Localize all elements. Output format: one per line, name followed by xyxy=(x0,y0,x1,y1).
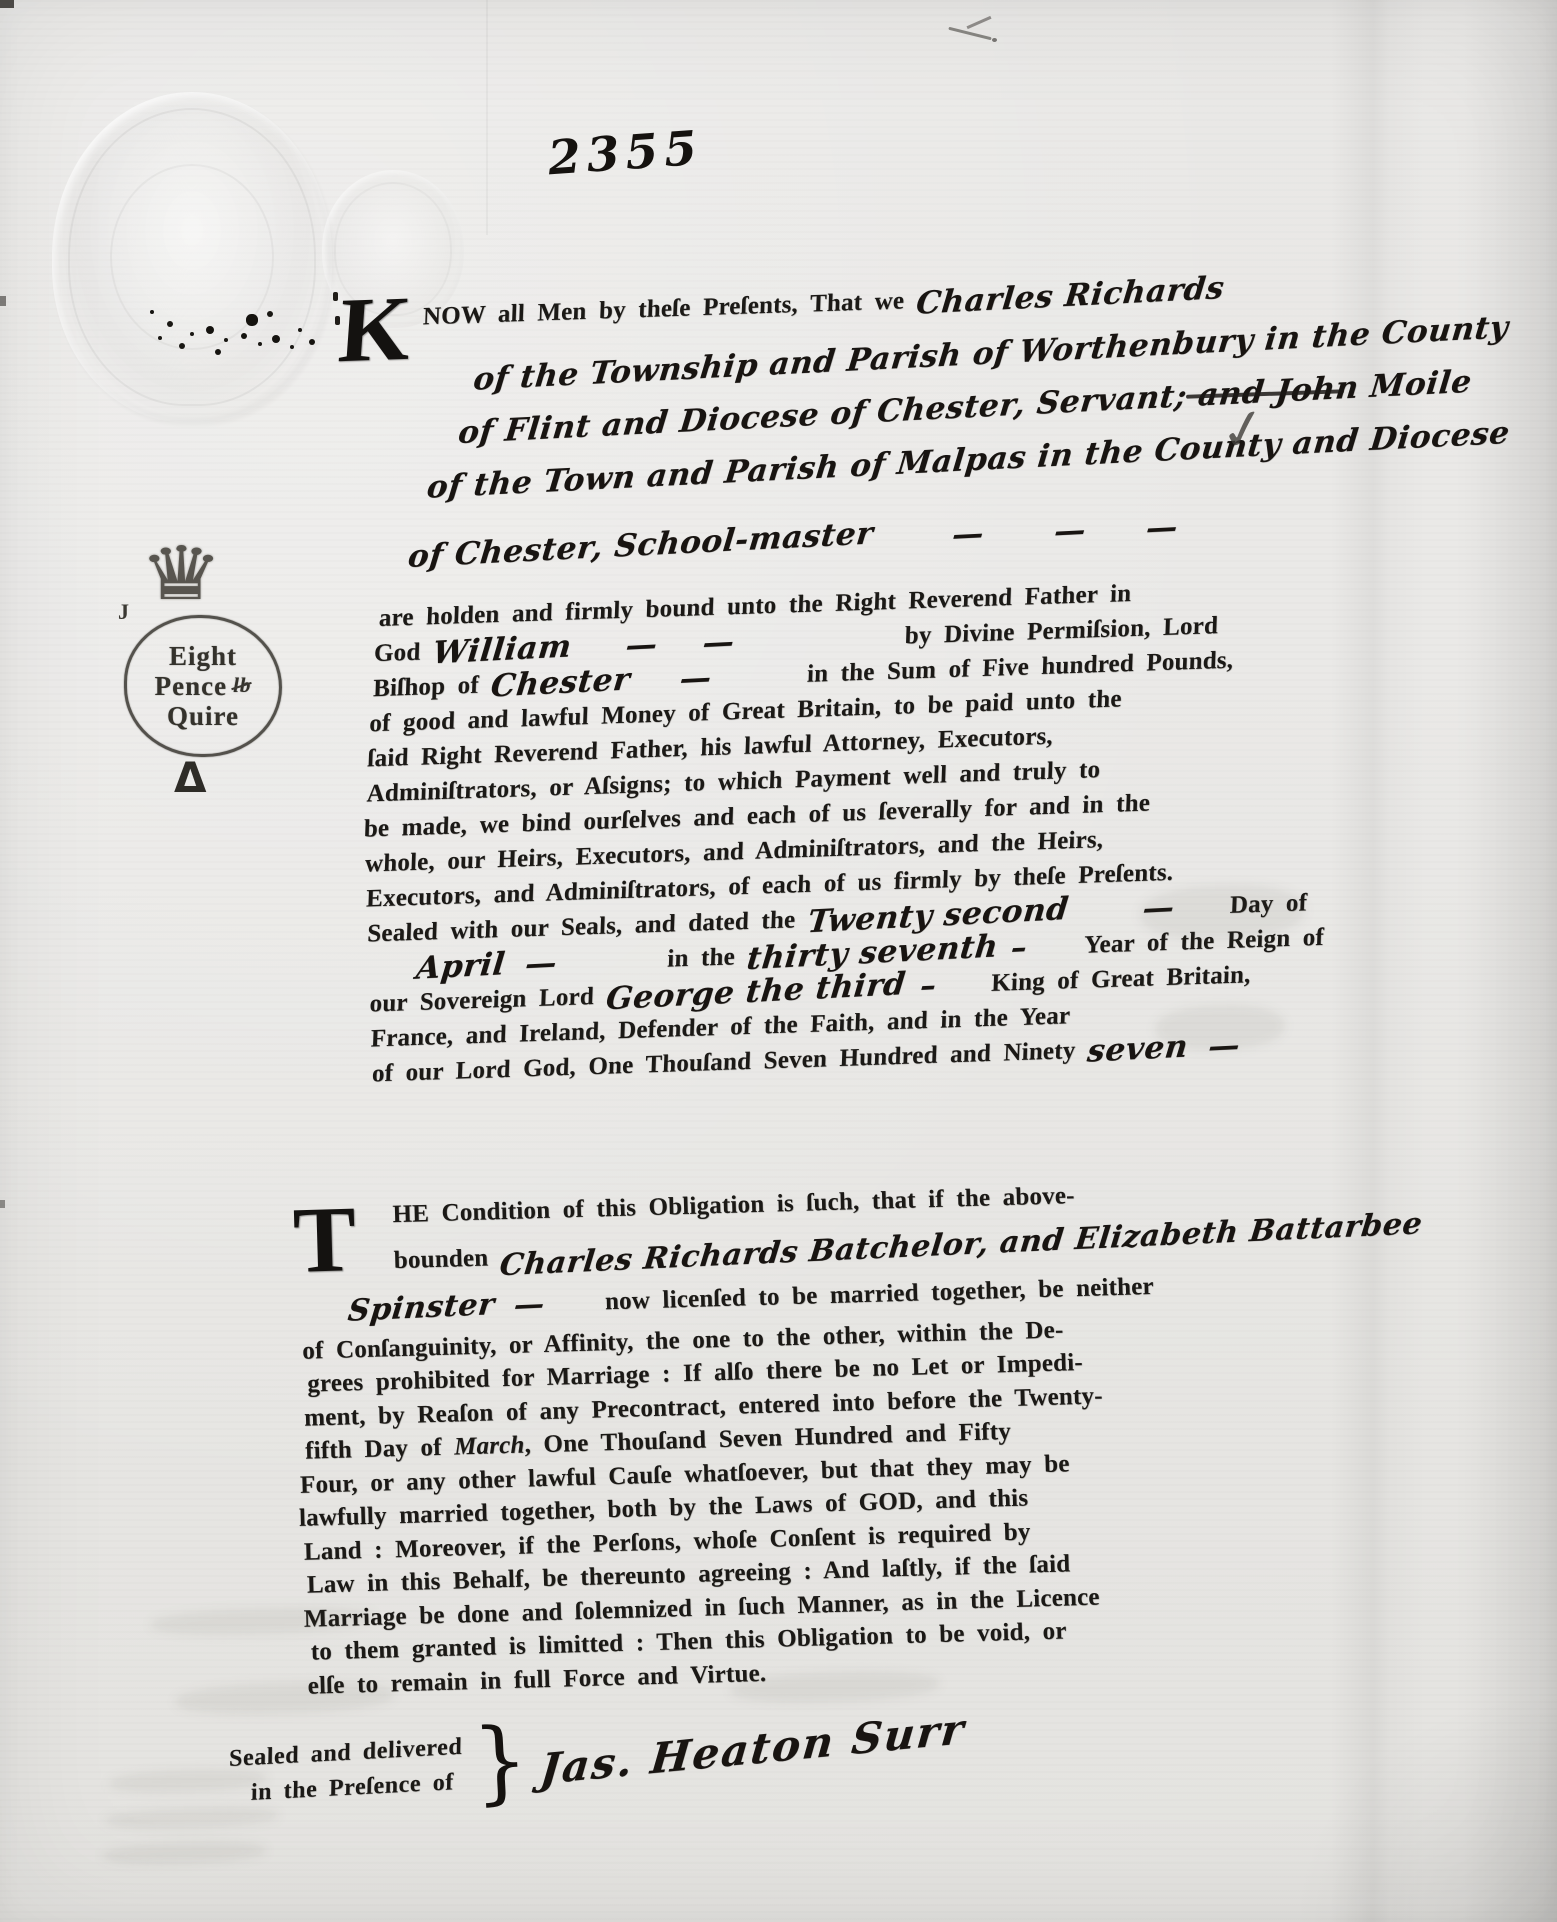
printed-text: bounden xyxy=(393,1244,501,1275)
printed-text: God xyxy=(373,638,433,668)
ink-speckles xyxy=(150,310,154,314)
spacing-gap xyxy=(557,959,668,964)
handwritten-insertion: — xyxy=(624,626,660,664)
bleedthrough-smudge xyxy=(104,1805,280,1831)
handwritten-insertion: — xyxy=(512,1286,547,1323)
printed-text: King of Great Britain, xyxy=(991,961,1251,998)
quire-stamp: ♛ J Eight Pence lb Quire Δ xyxy=(112,545,302,805)
handwritten-insertion: — xyxy=(1052,512,1088,550)
pencil-scribble xyxy=(967,16,992,29)
embossed-duty-stamp-large xyxy=(52,92,332,422)
spacing-gap xyxy=(571,645,626,648)
handwritten-insertion: of Chester, School-master xyxy=(406,515,875,575)
bleedthrough-smudge xyxy=(102,1839,268,1867)
spacing-gap xyxy=(494,1304,514,1306)
spacing-gap xyxy=(545,1302,605,1305)
fold-shading xyxy=(1330,0,1426,1922)
spacing-gap xyxy=(1027,945,1084,948)
handwritten-insertion: Chester xyxy=(489,661,632,704)
spacing-gap xyxy=(712,674,807,678)
spacing-gap xyxy=(998,947,1010,948)
quire-stamp-word2: Pence xyxy=(155,671,227,701)
printed-text: in the xyxy=(667,942,748,973)
printed-text: March xyxy=(454,1432,525,1462)
pencil-scribble xyxy=(992,38,997,42)
spacing-gap xyxy=(1086,527,1146,530)
ink-blot xyxy=(333,292,338,301)
quire-stamp-word1: Eight xyxy=(169,641,237,671)
spacing-gap xyxy=(1068,908,1143,911)
bleedthrough-smudge xyxy=(175,1678,396,1718)
handwritten-insertion: Spinster xyxy=(346,1286,497,1328)
edge-ink-mark xyxy=(0,296,6,306)
quire-stamp-word3: Quire xyxy=(167,701,239,731)
corner-shading xyxy=(1290,1690,1557,1922)
spacing-gap xyxy=(984,531,1054,534)
spacing-gap xyxy=(630,678,680,681)
spacing-gap xyxy=(936,983,991,986)
printed-text: NOW all Men by theſe Preſents, That we xyxy=(422,287,917,331)
handwritten-insertion: — xyxy=(1144,509,1180,547)
triangle-mark: Δ xyxy=(174,753,207,802)
pencil-scribble xyxy=(948,27,991,41)
dropcap-k: K xyxy=(337,292,414,368)
quire-stamp-circle: Eight Pence lb Quire xyxy=(124,615,282,757)
handwritten-insertion: — xyxy=(678,659,714,697)
crown-icon: ♛ xyxy=(139,537,224,611)
paper-crease xyxy=(486,0,488,235)
brace: } xyxy=(471,1723,530,1803)
bond-obligation-paragraph: K NOW all Men by theſe Preſents, That we… xyxy=(342,260,1328,1091)
witness-signature: Jas. Heaton Surr xyxy=(538,1704,968,1794)
spacing-gap xyxy=(734,636,904,643)
dropcap-t: T xyxy=(292,1202,357,1279)
bond-condition-paragraph: T HE Condition of this Obligation is ſuc… xyxy=(290,1170,1244,1704)
pound-per-quire-mark: lb xyxy=(233,674,251,698)
edge-ink-mark xyxy=(0,1200,5,1208)
handwritten-insertion: Charles Richards xyxy=(914,270,1226,322)
printed-text: Biſhop of xyxy=(373,671,492,703)
printed-text: our Sovereign Lord xyxy=(369,982,607,1018)
handwritten-insertion: – xyxy=(1009,929,1029,966)
handwritten-insertion: – xyxy=(918,967,938,1004)
attestation-block: Sealed and delivered in the Preſence of … xyxy=(228,1702,966,1813)
spacing-gap xyxy=(905,985,920,986)
printed-text: fifth Day of xyxy=(305,1434,455,1466)
page-number: 2355 xyxy=(546,121,704,187)
spacing-gap xyxy=(873,534,953,538)
quire-stamp-side-letter: J xyxy=(118,599,129,625)
handwritten-insertion: — xyxy=(701,623,737,661)
handwritten-insertion: — xyxy=(524,944,560,982)
handwritten-insertion: April xyxy=(414,946,507,987)
corner-ink-speck xyxy=(0,0,14,8)
handwritten-insertion: — xyxy=(951,515,987,553)
printed-text: now licenſed to be married together, be … xyxy=(605,1273,1155,1316)
spacing-gap xyxy=(505,963,526,965)
spacing-gap xyxy=(658,642,703,644)
edge-shading xyxy=(1462,0,1557,1922)
document-page: 2355 ♛ J Eight Pence lb Quire Δ K NOW al… xyxy=(0,0,1557,1922)
